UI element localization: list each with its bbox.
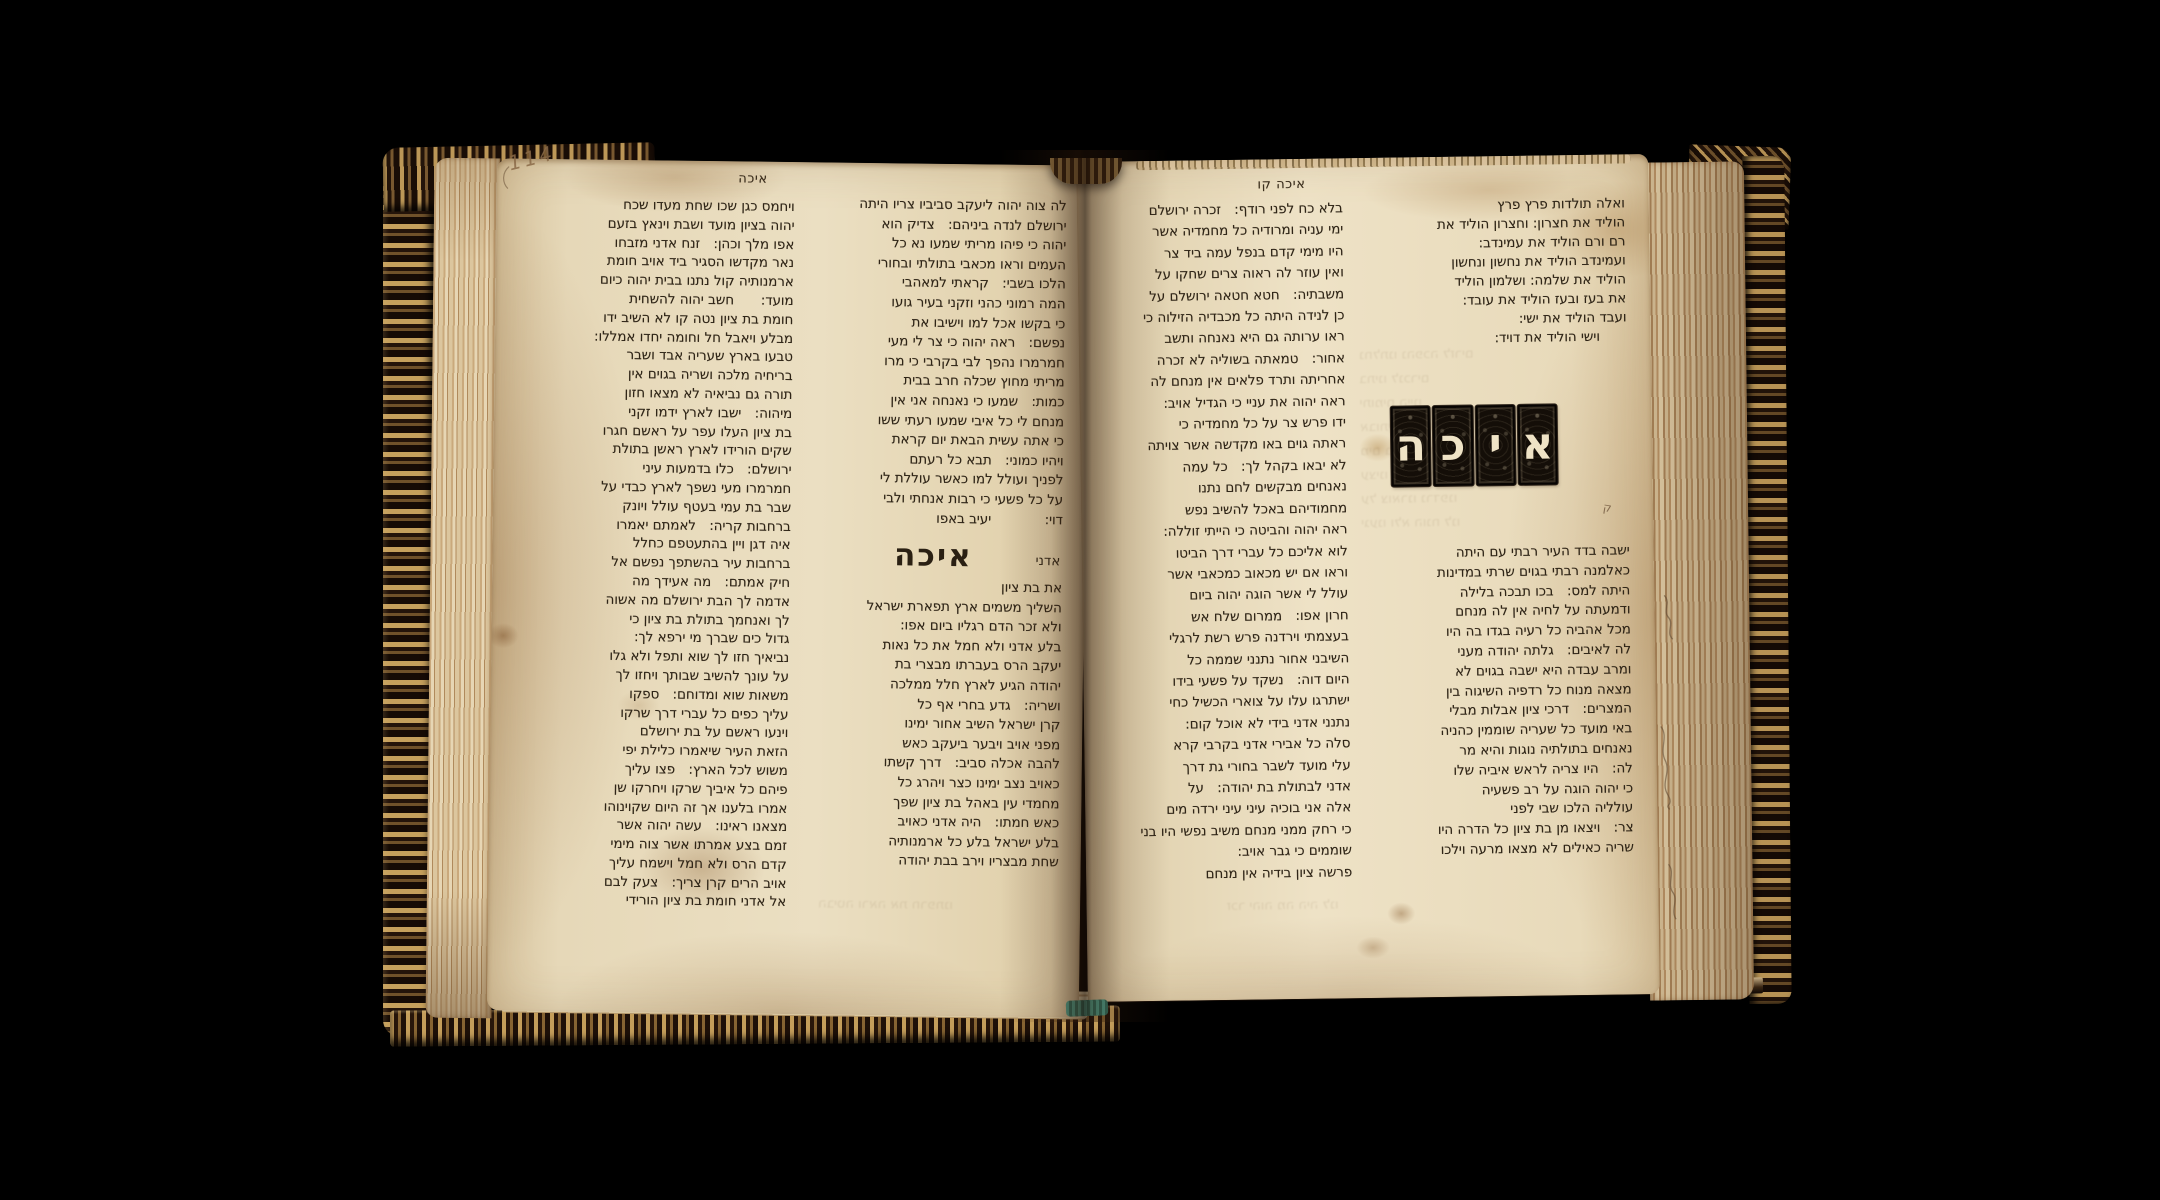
bleedthrough-text: זכר יהוה מה היה לנו [1226, 891, 1506, 923]
woodcut-letter-block: י [1475, 405, 1515, 486]
ink-mark [1655, 722, 1676, 812]
spine-headband [1050, 158, 1122, 184]
spine-endband-green [1066, 999, 1109, 1016]
book-photograph: איכה ויחמס כגן שכו שחת מעדו שכח יהוה בצי… [0, 0, 2160, 1200]
panel-letter: ה [1395, 424, 1426, 468]
bigword-side-text: אדני [1035, 553, 1060, 569]
panel-letter: כ [1440, 424, 1466, 468]
left-page-outer-column: ויחמס כגן שכו שחת מעדו שכח יהוה בציון מו… [546, 195, 795, 918]
right-running-header: איכה קו [1226, 176, 1336, 193]
right-page-ruth-ending: ואלה תולדות פרץ פרץ הוליד את חצרון: וחצר… [1359, 194, 1627, 354]
right-page-lamentations-opening: ישבה בדד העיר רבתי עם היתה כאלמנה רבתי ב… [1364, 541, 1634, 867]
woodcut-letter-block: כ [1433, 406, 1473, 487]
bleedthrough-text: הביטה וראה את חרפתנו [818, 892, 1058, 921]
panel-letter: י [1488, 423, 1502, 467]
ink-mark [1659, 592, 1678, 642]
right-page: איכה קו נחלתנו נהפכה לזרים בתינו לנכרים … [1076, 154, 1660, 1002]
left-page: איכה ויחמס כגן שכו שחת מעדו שכח יהוה בצי… [487, 158, 1089, 1017]
woodcut-initial-word-panel: א י כ ה [1391, 404, 1558, 486]
ink-mark [1664, 862, 1681, 922]
woodcut-letter-block: א [1517, 404, 1557, 485]
right-page-inner-column: בלא כח לפני רודף: זכרה ירושלם ימי עניה ו… [1093, 198, 1353, 891]
left-page-inner-column-bottom: את בת ציון השליך משמים ארץ תפארת ישראל ו… [800, 576, 1062, 879]
gauffered-gilt-page-edge [1136, 154, 1630, 170]
left-running-header: איכה [693, 171, 813, 187]
panel-letter: א [1521, 422, 1554, 466]
woodcut-letter-block: ה [1391, 406, 1431, 487]
margin-handwritten-mark: ק [1602, 500, 1613, 515]
left-page-inner-column-top: לה צוה יהוה ליעקב סביביו צריו היתה ירושל… [805, 194, 1067, 531]
chapter-opening-row: אדני איכה [804, 528, 1063, 577]
chapter-initial-word-eicha: איכה [894, 537, 973, 574]
